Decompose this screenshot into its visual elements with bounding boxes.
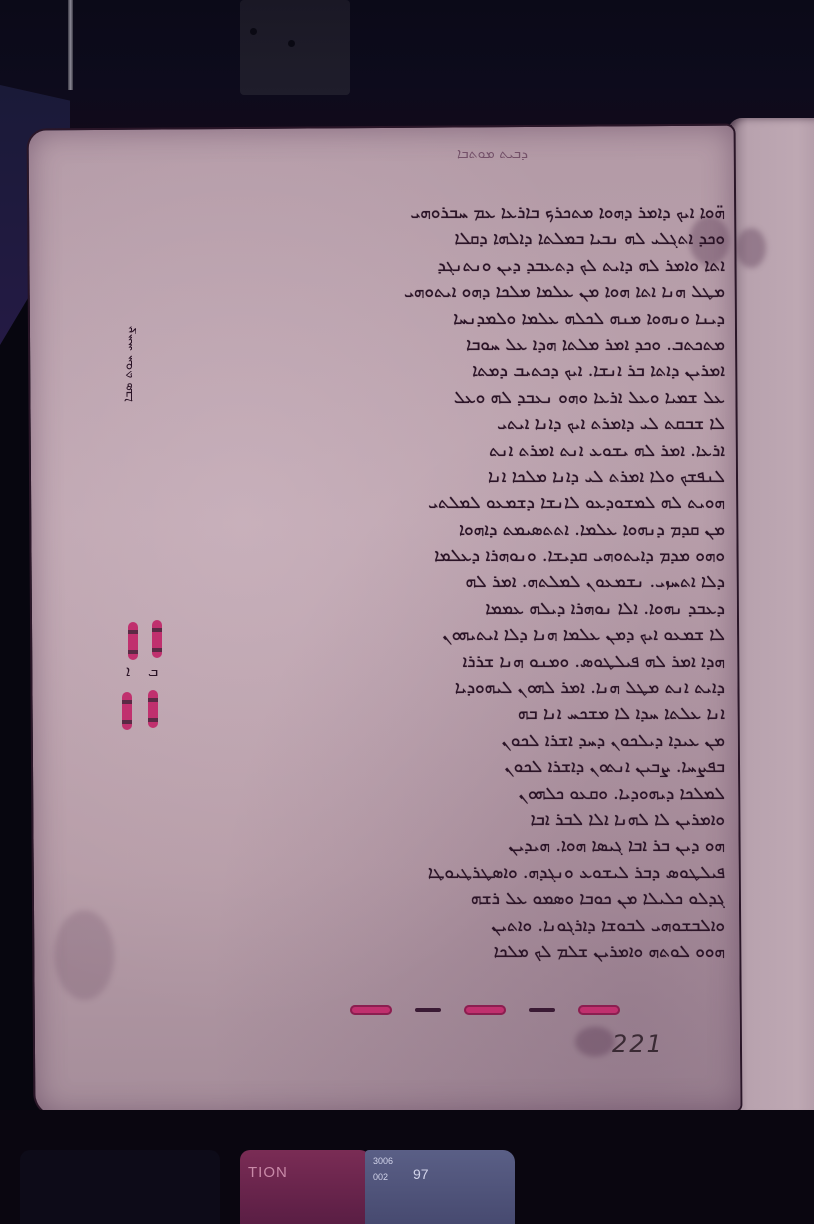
text-line: ܠܐ ܫܒܩܬ ܠܝ ܕܐܡܪܬ ܐܝܟ ܕܐܢܐ ܐܝܬܝ xyxy=(180,411,725,437)
rubric-mark xyxy=(152,620,162,658)
margin-note: ܨܚܚ ܚܘܬ ܣܒܐ xyxy=(118,282,174,402)
text-line: ܕܝܢܐ ܘܢܗܘܐ ܡܢܗ ܠܟܠܗ ܥܠܡܐ ܘܠܡܕܢܚܐ xyxy=(180,306,725,332)
text-line: ܘܐܠܒܫܘܗܝ ܠܒܘܫܐ ܕܐܪܓܘܢܐ. ܘܐܬܝܢ xyxy=(180,913,725,939)
text-line: ܕܠܐ ܐܬܚܙܝ. ܢܫܡܥܘܢ ܠܡܠܬܗ. ܐܡܪ ܠܗ xyxy=(180,569,725,595)
background-shelf xyxy=(0,0,814,140)
folio-number: 221 xyxy=(612,1030,664,1058)
bracket-hole xyxy=(250,28,257,35)
text-line: ܐܢܐ ܥܠܬܐ ܚܕܐ ܠܐ ܡܫܟܚ ܐܢܐ ܒܗ xyxy=(180,701,725,727)
rubric-letter: ܒ xyxy=(148,662,158,680)
text-line: ܦܝܠܛܘܣ ܕܒܪ ܠܝܫܘܥ ܘܢܓܕܗ. ܘܐܣܛܪܛܝܘܛܐ xyxy=(180,860,725,886)
text-line: ܡܢ ܩܕܡ ܕܢܗܘܐ ܥܠܡܐ. ܐܬܬܣܝܡܬ ܕܐܗܘܐ xyxy=(180,517,725,543)
background-box-blue: 3006 002 97 xyxy=(365,1150,515,1224)
text-line: ܐܪܥܐ. ܐܡܪ ܠܗ ܝܫܘܥ ܐܢܬ ܐܡܪܬ ܐܢܬ xyxy=(180,438,725,464)
rubric-mark xyxy=(128,622,138,660)
box-small-text: 97 xyxy=(413,1166,429,1182)
text-line: ܕܥܒܕ ܢܗܘܐ. ܐܠܐ ܢܘܗܪܐ ܕܝܠܗ ܥܡܡܐ xyxy=(180,596,725,622)
stain xyxy=(54,910,115,1000)
manuscript-text-block: ܗ̈ܘܐ ܐܝܟ ܕܐܡܪ ܕܗܘܐ ܡܬܟܪܟ ܒܐܪܥܐ ܥܡ ܚܒܪܘܗܝ… xyxy=(180,200,725,965)
facing-page xyxy=(728,118,814,1118)
text-line: ܡܢ ܥܝܕܐ ܕܝܠܟܘܢ ܕܚܕ ܐܫܪܐ ܠܟܘܢ xyxy=(180,728,725,754)
text-line: ܘܗܘ ܡܕܡ ܕܐܝܬܘܗܝ ܩܕܝܫܐ. ܘܢܘܗܪܐ ܕܥܠܡܐ xyxy=(180,543,725,569)
running-header: ܕܒܝܬ ܡܘܬܒܐ xyxy=(338,146,528,166)
text-line: ܐܬܐ ܘܐܡܪ ܠܗ ܕܐܝܬ ܠܟ ܕܬܥܒܕ ܕܝܢ ܘܢܬܢܓܕ xyxy=(180,253,725,279)
rubric-mark xyxy=(148,690,158,728)
box-label: TION xyxy=(248,1164,288,1181)
text-line: ܐܡܪܝܢ ܕܐܬܐ ܒܪ ܐܢܫܐ. ܐܝܟ ܕܟܬܝܒ ܕܡܬܐ xyxy=(180,358,725,384)
rubric-dot-red xyxy=(350,1005,392,1015)
rubric-dot-red xyxy=(578,1005,620,1015)
rubric-dash-dark xyxy=(529,1008,555,1012)
text-line: ܗܘ ܕܝܢ ܒܪ ܐܒܐ ܓܝܣܐ ܗܘܐ. ܗܝܕܝܢ xyxy=(180,833,725,859)
text-line: ܥܠ ܫܡܝܐ ܘܥܠ ܐܪܥܐ ܘܗܘ ܢܥܒܕ ܠܗ ܘܥܠ xyxy=(180,385,725,411)
end-flourish xyxy=(350,998,620,1022)
stain xyxy=(736,228,766,268)
text-line: ܗ̈ܘܐ ܐܝܟ ܕܐܡܪ ܕܗܘܐ ܡܬܟܪܟ ܒܐܪܥܐ ܥܡ ܚܒܪܘܗܝ xyxy=(180,200,725,226)
box-small-text: 3006 xyxy=(373,1156,393,1166)
rubric-dash-dark xyxy=(415,1008,441,1012)
text-line: ܡܬܟܬܒ. ܘܟܕ ܐܡܪ ܡܠܬܐ ܗܕܐ ܥܠ ܚܘܒܐ xyxy=(180,332,725,358)
background-object-dark xyxy=(20,1150,220,1224)
text-line: ܓܕܠܘ ܟܠܝܠܐ ܡܢ ܟܘܒܐ ܘܣܡܘ ܥܠ ܪܫܗ xyxy=(180,886,725,912)
background-metal-bracket xyxy=(240,0,350,95)
text-line: ܗܕܐ ܐܡܪ ܠܗ ܦܝܠܛܘܣ. ܘܡܢܘ ܗܢܐ ܫܪܪܐ xyxy=(180,649,725,675)
stain xyxy=(575,1026,615,1056)
text-line: ܠܐ ܫܡܥܘ ܐܝܟ ܕܡܢ ܥܠܡܐ ܗܢܐ ܕܠܐ ܐܝܬܝܗܘܢ xyxy=(180,622,725,648)
text-line: ܠܡܠܟܐ ܕܝܗܘܕܝܐ. ܘܩܥܘ ܟܠܗܘܢ xyxy=(180,781,725,807)
bracket-hole xyxy=(288,40,295,47)
text-line: ܗܘܝܬ ܠܗ ܠܡܫܘܕܥܘ ܠܐܢܫܐ ܕܫܡܥܘ ܠܡܠܬܝ xyxy=(180,490,725,516)
text-line: ܒܦܨܚܐ. ܨܒܝܢ ܐܢܬܘܢ ܕܐܫܪܐ ܠܟܘܢ xyxy=(180,754,725,780)
box-small-text: 002 xyxy=(373,1172,388,1182)
text-line: ܗܘܘ ܠܘܬܗ ܘܐܡܪܝܢ ܫܠܡ ܠܟ ܡܠܟܐ xyxy=(180,939,725,965)
background-box-red: TION xyxy=(240,1150,370,1224)
rubric-dot-red xyxy=(464,1005,506,1015)
rubric-letter: ܐ xyxy=(126,662,130,680)
text-line: ܠܢܦܫܟ ܘܠܐ ܐܡܪܬ ܠܝ ܕܐܢܐ ܡܠܟܐ ܐܢܐ xyxy=(180,464,725,490)
background-metal-rod xyxy=(68,0,73,90)
text-line: ܘܟܕ ܐܬܓܠܝ ܠܗ ܢܒܝܐ ܒܡܠܬܐ ܕܐܠܗܐ ܕܩܠܐ xyxy=(180,226,725,252)
text-line: ܡܛܠ ܗܢܐ ܐܬܐ ܗܘܐ ܡܢ ܥܠܡܐ ܡܠܟܐ ܕܗܘ ܐܝܬܘܗܝ xyxy=(180,279,725,305)
text-line: ܘܐܡܪܝܢ ܠܐ ܠܗܢܐ ܐܠܐ ܠܒܪ ܐܒܐ xyxy=(180,807,725,833)
rubric-mark xyxy=(122,692,132,730)
text-line: ܕܐܝܬ ܐܢܬ ܡܛܠ ܗܢܐ. ܐܡܪ ܠܗܘܢ ܠܝܗܘܕܝܐ xyxy=(180,675,725,701)
